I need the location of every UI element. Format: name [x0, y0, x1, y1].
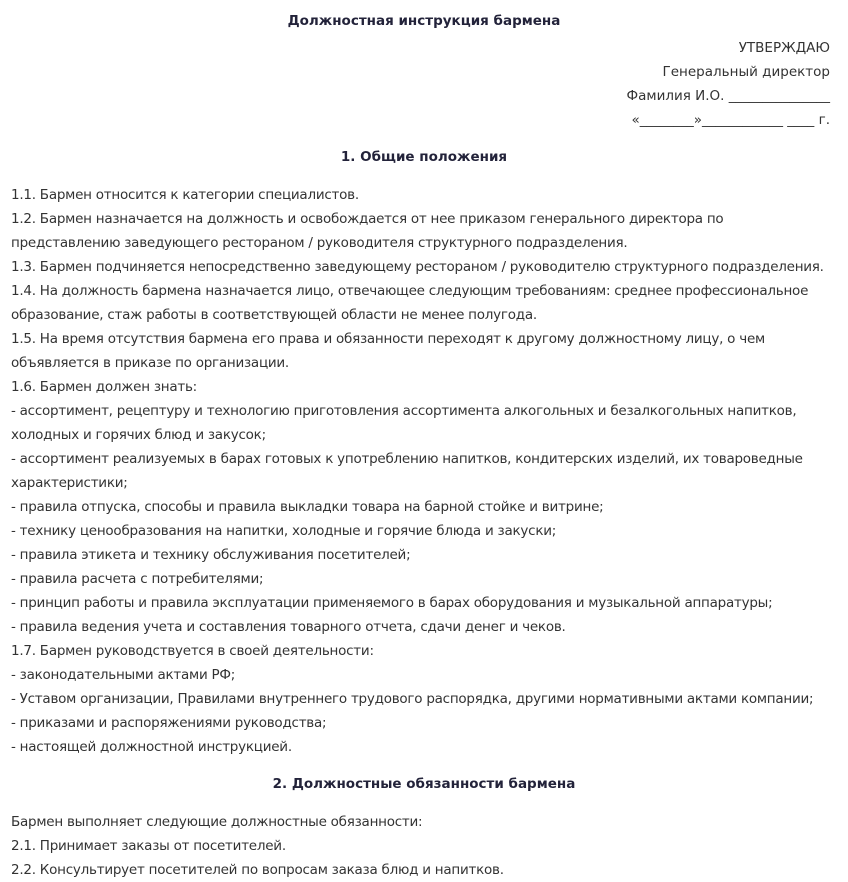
approval-block: УТВЕРЖДАЮ Генеральный директор Фамилия И… [626, 36, 830, 132]
approval-signature: Фамилия И.О. _______________ [626, 84, 830, 108]
text-line: - правила отпуска, способы и правила вык… [11, 495, 841, 519]
approval-date: «________»____________ ____ г. [626, 108, 830, 132]
text-line: 1.6. Бармен должен знать: [11, 375, 841, 399]
text-line: 1.7. Бармен руководствуется в своей деят… [11, 639, 841, 663]
text-line: - технику ценообразования на напитки, хо… [11, 519, 841, 543]
text-line: объявляется в приказе по организации. [11, 351, 841, 375]
section-duties-body: Бармен выполняет следующие должностные о… [11, 810, 841, 882]
text-line: 1.2. Бармен назначается на должность и о… [11, 207, 841, 231]
approval-position: Генеральный директор [626, 60, 830, 84]
text-line: представлению заведующего рестораном / р… [11, 231, 841, 255]
text-line: Бармен выполняет следующие должностные о… [11, 810, 841, 834]
text-line: - приказами и распоряжениями руководства… [11, 711, 841, 735]
text-line: характеристики; [11, 471, 841, 495]
section-heading-general: 1. Общие положения [0, 146, 848, 168]
text-line: - законодательными актами РФ; [11, 663, 841, 687]
text-line: - настоящей должностной инструкцией. [11, 735, 841, 759]
text-line: - правила расчета с потребителями; [11, 567, 841, 591]
text-line: 2.1. Принимает заказы от посетителей. [11, 834, 841, 858]
text-line: 1.5. На время отсутствия бармена его пра… [11, 327, 841, 351]
text-line: - ассортимент реализуемых в барах готовы… [11, 447, 841, 471]
approval-line: УТВЕРЖДАЮ [626, 36, 830, 60]
text-line: - правила ведения учета и составления то… [11, 615, 841, 639]
text-line: - Уставом организации, Правилами внутрен… [11, 687, 841, 711]
text-line: 1.1. Бармен относится к категории специа… [11, 183, 841, 207]
text-line: 1.4. На должность бармена назначается ли… [11, 279, 841, 303]
text-line: 1.3. Бармен подчиняется непосредственно … [11, 255, 841, 279]
section-general-body: 1.1. Бармен относится к категории специа… [11, 183, 841, 759]
section-heading-duties: 2. Должностные обязанности бармена [0, 773, 848, 795]
text-line: - ассортимент, рецептуру и технологию пр… [11, 399, 841, 423]
text-line: - правила этикета и технику обслуживания… [11, 543, 841, 567]
text-line: холодных и горячих блюд и закусок; [11, 423, 841, 447]
text-line: 2.2. Консультирует посетителей по вопрос… [11, 858, 841, 882]
document-title: Должностная инструкция бармена [0, 10, 848, 32]
text-line: - принцип работы и правила эксплуатации … [11, 591, 841, 615]
text-line: образование, стаж работы в соответствующ… [11, 303, 841, 327]
